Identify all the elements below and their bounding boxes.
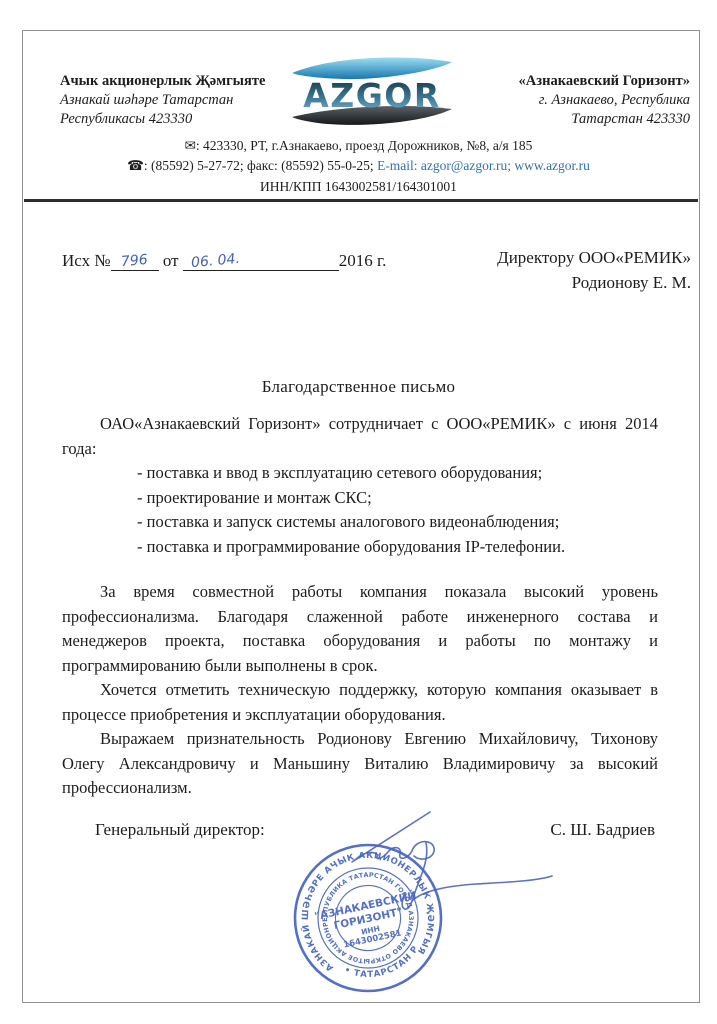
ref-ot-label: от — [163, 251, 179, 270]
list-item: - проектирование и монтаж СКС; — [137, 486, 658, 511]
intro-paragraph: ОАО«Азнакаевский Горизонт» сотрудничает … — [62, 412, 658, 461]
phone-line: ☎: (85592) 5-27-72; факс: (85592) 55-0-2… — [0, 156, 717, 176]
body-paragraph: Выражаем признательность Родионову Евген… — [62, 727, 658, 801]
paragraph-spacer — [62, 559, 658, 580]
company-city-russian: г. Азнакаево, Республика — [519, 91, 690, 110]
company-seal-stamp-icon: АЗНАКАЙ ШӘҺӘРЕ АЧЫК АКЦИОНЕРЛЫК ҖӘМГЫЯТЕ… — [270, 795, 580, 1007]
ref-date-field: 06. 04. — [183, 250, 339, 271]
ref-number-handwritten: 796 — [121, 252, 149, 270]
envelope-icon: ✉ — [185, 138, 196, 153]
list-item: - поставка и запуск системы аналогового … — [137, 510, 658, 535]
company-city-tatar: Азнакай шәһәре Татарстан — [60, 91, 265, 110]
ref-year: 2016 г. — [339, 251, 387, 270]
logo-text: AZGOR — [303, 76, 441, 115]
company-name-russian: «Азнакаевский Горизонт» — [519, 72, 690, 91]
body-paragraph: Хочется отметить техническую поддержку, … — [62, 678, 658, 727]
header-divider — [24, 199, 698, 202]
email-link: E-mail: azgor@azgor.ru; www.azgor.ru — [377, 158, 590, 173]
addressee-block: Директору ООО«РЕМИК» Родионову Е. М. — [497, 246, 691, 295]
ref-date-handwritten: 06. 04. — [190, 251, 240, 271]
address-text: : 423330, РТ, г.Азнакаево, проезд Дорожн… — [196, 138, 533, 153]
address-line: ✉: 423330, РТ, г.Азнакаево, проезд Дорож… — [0, 136, 717, 156]
company-zip-russian: Татарстан 423330 — [519, 110, 690, 129]
list-item: - поставка и ввод в эксплуатацию сетевог… — [137, 461, 658, 486]
letter-page: Ачык акционерлык Җәмгыяте Азнакай шәһәре… — [0, 0, 717, 1024]
stamp-inner-ring-text: РЕСПУБЛИКА ТАТАРСТАН ГОРОД АЗНАКАЕВО ОТК… — [270, 795, 424, 985]
inn-line: ИНН/КПП 1643002581/164301001 — [0, 177, 717, 197]
letter-body: ОАО«Азнакаевский Горизонт» сотрудничает … — [62, 412, 658, 801]
phone-text: : (85592) 5-27-72; факс: (85592) 55-0-25… — [144, 158, 377, 173]
list-item: - поставка и программирование оборудован… — [137, 535, 658, 560]
phone-icon: ☎ — [127, 158, 144, 173]
ref-number-field: 796 — [111, 250, 159, 271]
director-label: Генеральный директор: — [95, 820, 265, 840]
body-paragraph: За время совместной работы компания пока… — [62, 580, 658, 678]
azgor-logo: AZGOR — [288, 54, 456, 134]
ref-prefix: Исх № — [62, 251, 111, 270]
company-zip-tatar: Республикасы 423330 — [60, 110, 265, 129]
header-left-block: Ачык акционерлык Җәмгыяте Азнакай шәһәре… — [60, 72, 265, 129]
company-name-tatar: Ачык акционерлык Җәмгыяте — [60, 72, 265, 91]
addressee-title: Директору ООО«РЕМИК» — [497, 246, 691, 271]
azgor-logo-icon: AZGOR — [288, 54, 456, 134]
addressee-name: Родионову Е. М. — [497, 271, 691, 296]
svg-text:РЕСПУБЛИКА ТАТАРСТАН ГОРОД АЗН: РЕСПУБЛИКА ТАТАРСТАН ГОРОД АЗНАКАЕВО ОТК… — [270, 795, 424, 985]
contact-block: ✉: 423330, РТ, г.Азнакаево, проезд Дорож… — [0, 136, 717, 197]
ref-number-line: Исх №796 от 06. 04.2016 г. — [62, 250, 386, 271]
header-right-block: «Азнакаевский Горизонт» г. Азнакаево, Ре… — [519, 72, 690, 129]
company-seal-area: АЗНАКАЙ ШӘҺӘРЕ АЧЫК АКЦИОНЕРЛЫК ҖӘМГЫЯТЕ… — [270, 795, 580, 1007]
services-list: - поставка и ввод в эксплуатацию сетевог… — [137, 461, 658, 559]
letter-title: Благодарственное письмо — [0, 377, 717, 397]
